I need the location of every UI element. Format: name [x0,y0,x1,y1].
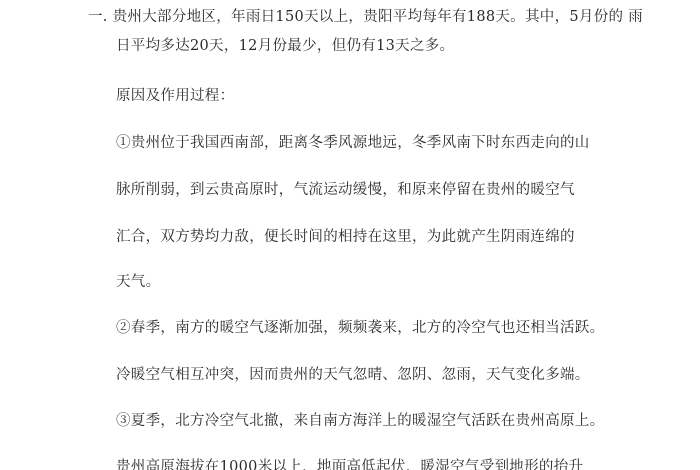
point-2-line-2: 冷暖空气相互冲突，因而贵州的天气忽晴、忽阴、忽雨，天气变化多端。 [116,366,590,384]
point-3-line-1: ③夏季，北方冷空气北撤，来自南方海洋上的暖湿空气活跃在贵州高原上。 [116,412,604,430]
point-3-line-2: 贵州高原海拔在1000米以上，地面高低起伏，暖湿空气受到地形的抬升 [116,458,583,470]
paragraph-intro-line-2: 日平均多达20天，12月份最少，但仍有13天之多。 [116,37,454,55]
section-heading: 原因及作用过程： [116,87,234,105]
paragraph-intro-line-1: 一. 贵州大部分地区，年雨日150天以上，贵阳平均每年有188天。其中，5月份的… [88,8,643,26]
point-2-line-1: ②春季，南方的暖空气逐渐加强，频频袭来，北方的冷空气也还相当活跃。 [116,319,604,337]
point-1-line-2: 脉所削弱，到云贵高原时，气流运动缓慢，和原来停留在贵州的暖空气 [116,181,575,199]
point-1-line-4: 天气。 [116,273,160,291]
point-1-line-1: ①贵州位于我国西南部，距离冬季风源地远，冬季风南下时东西走向的山 [116,134,590,152]
point-1-line-3: 汇合，双方势均力敌，便长时间的相持在这里，为此就产生阴雨连绵的 [116,228,575,246]
